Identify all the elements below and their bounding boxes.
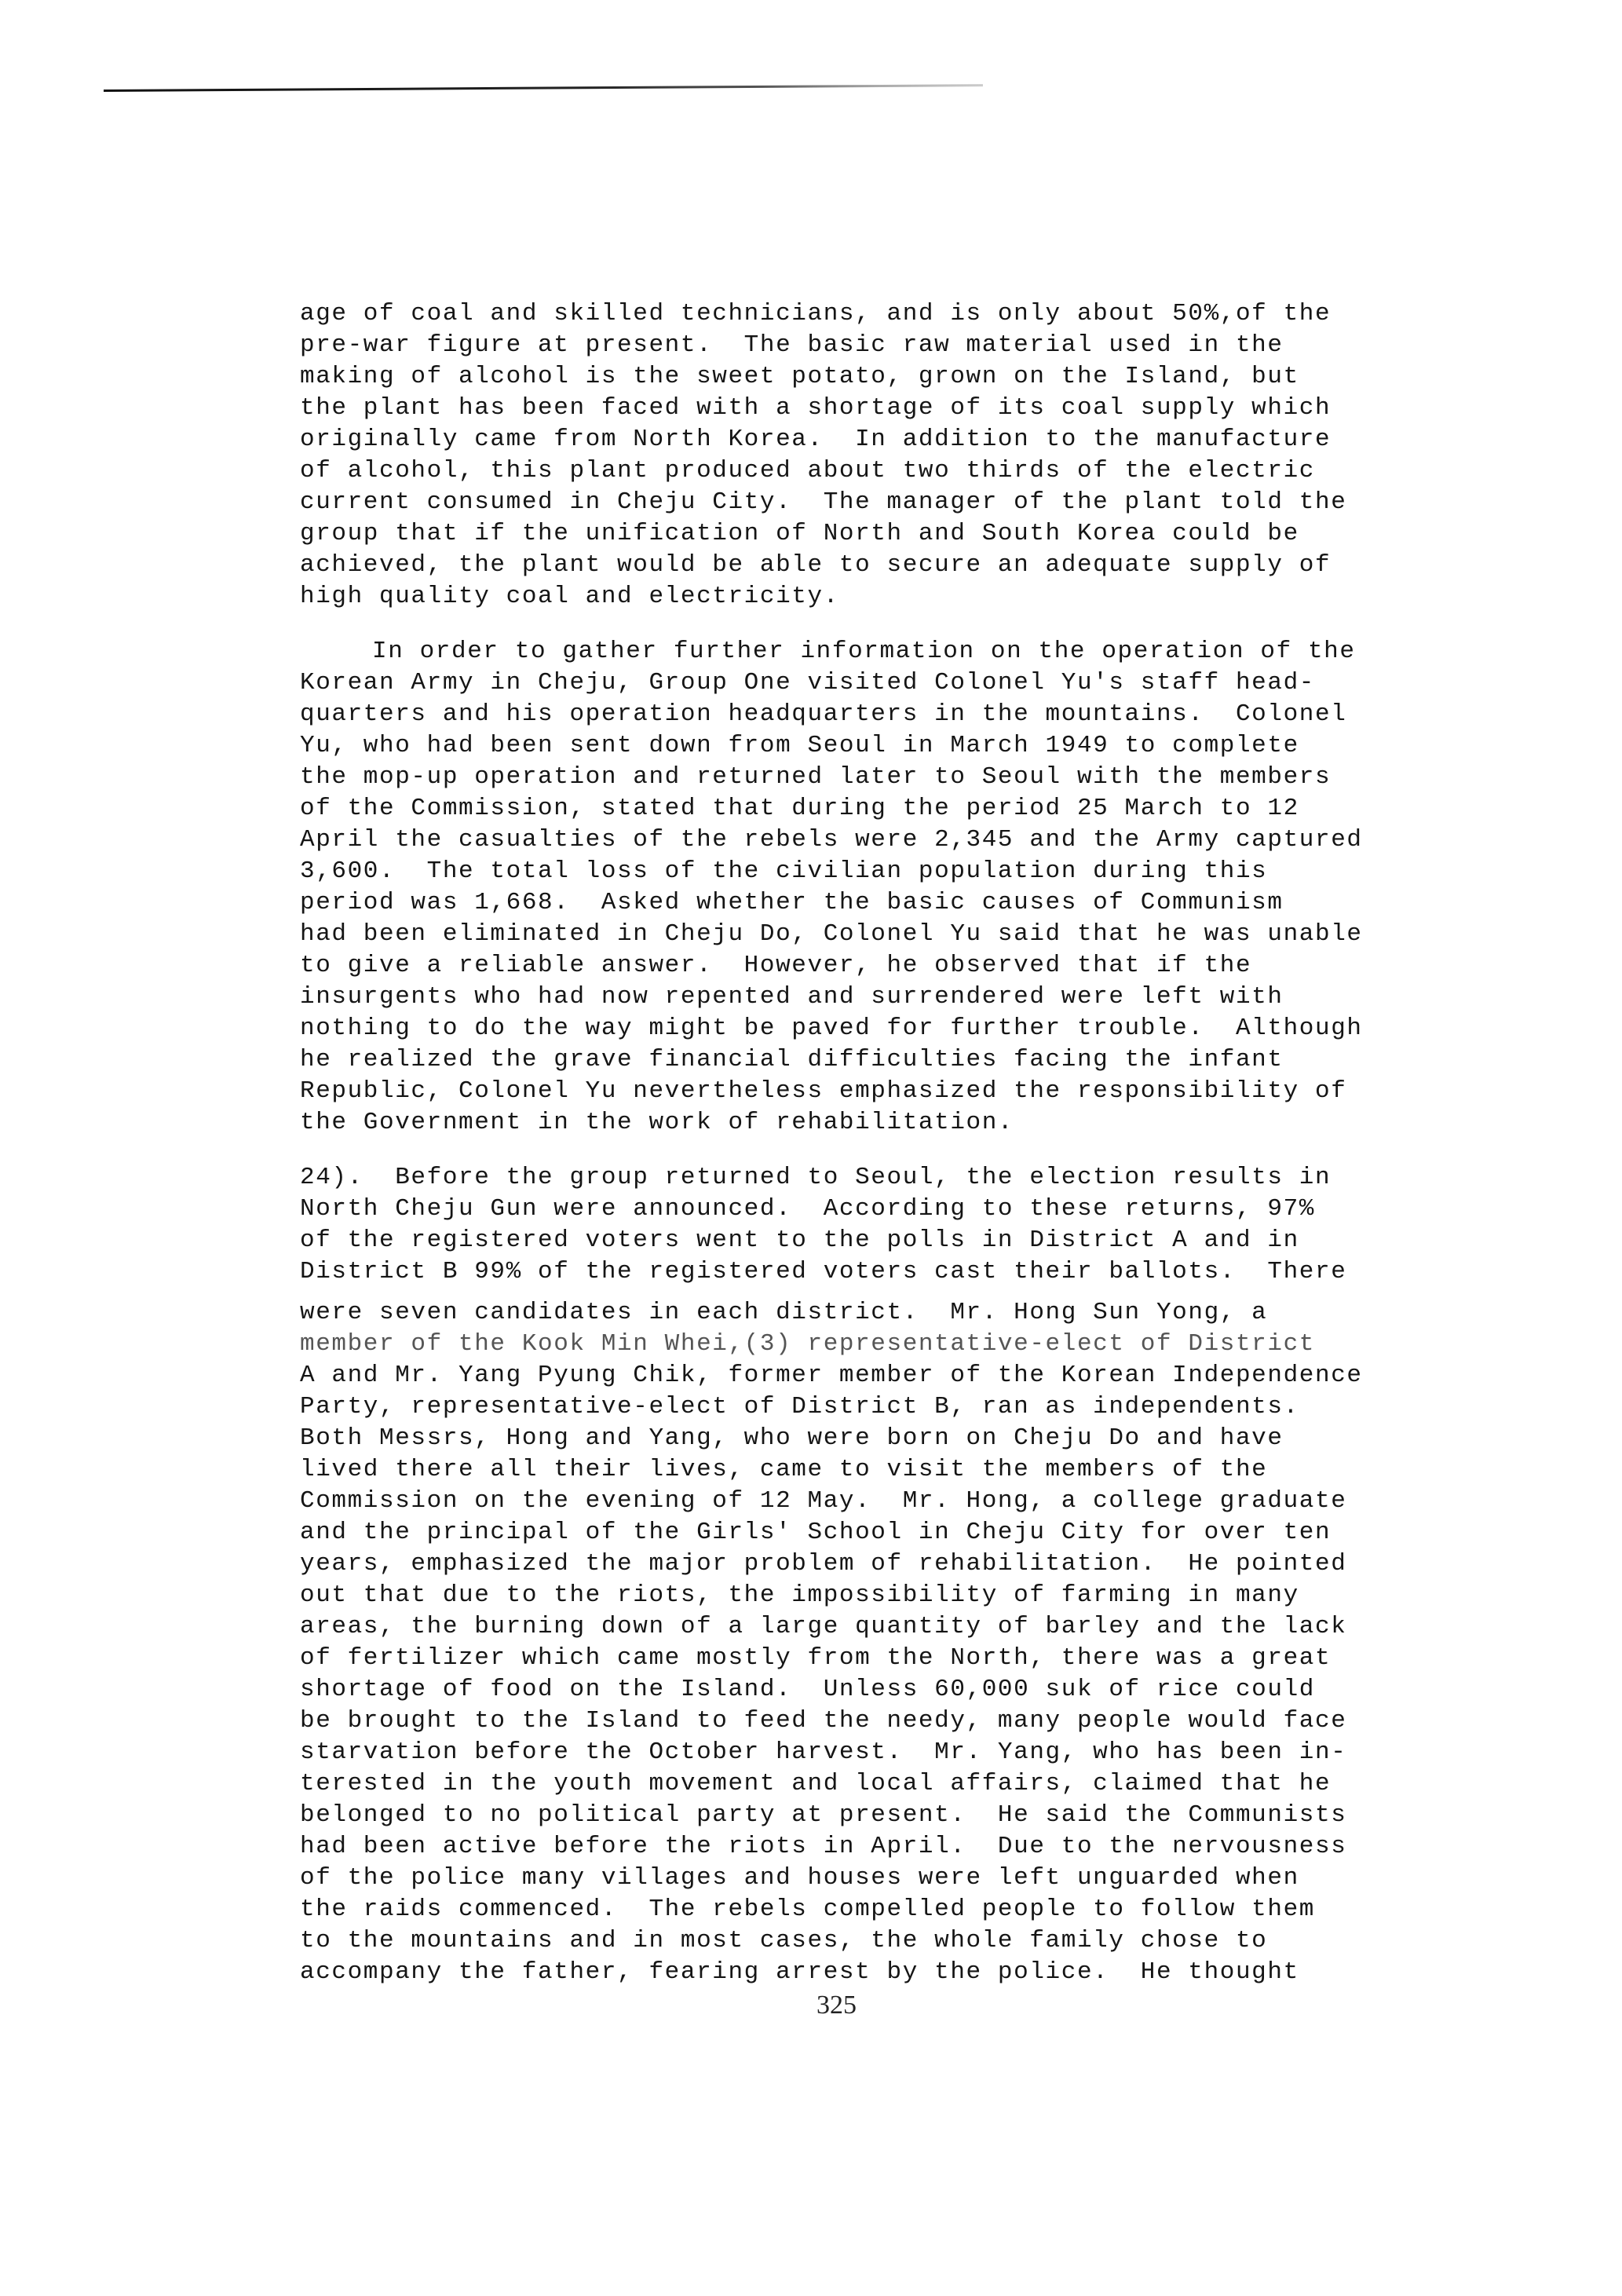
text-line: insurgents who had now repented and surr… [300, 982, 1321, 1013]
text-line: age of coal and skilled technicians, and… [300, 298, 1321, 330]
text-line: of the police many villages and houses w… [300, 1863, 1321, 1894]
text-line: to give a reliable answer. However, he o… [300, 950, 1321, 982]
text-line: accompany the father, fearing arrest by … [300, 1957, 1321, 1988]
text-line: 24). Before the group returned to Seoul,… [300, 1162, 1321, 1194]
text-line: Korean Army in Cheju, Group One visited … [300, 667, 1321, 699]
text-line: Party, representative-elect of District … [300, 1391, 1321, 1423]
body-text: age of coal and skilled technicians, and… [300, 298, 1321, 1988]
text-line: member of the Kook Min Whei,(3) represen… [300, 1329, 1321, 1360]
text-line: he realized the grave financial difficul… [300, 1044, 1321, 1076]
text-line: North Cheju Gun were announced. Accordin… [300, 1194, 1321, 1225]
text-line: Commission on the evening of 12 May. Mr.… [300, 1486, 1321, 1517]
text-line: starvation before the October harvest. M… [300, 1737, 1321, 1768]
text-line: the Government in the work of rehabilita… [300, 1107, 1321, 1139]
text-line: A and Mr. Yang Pyung Chik, former member… [300, 1360, 1321, 1391]
paragraph-1: age of coal and skilled technicians, and… [300, 298, 1321, 612]
text-line: lived there all their lives, came to vis… [300, 1454, 1321, 1486]
page-number: 325 [816, 1991, 857, 2020]
text-line: making of alcohol is the sweet potato, g… [300, 361, 1321, 393]
paragraph-2: In order to gather further information o… [300, 636, 1321, 1139]
text-line: the raids commenced. The rebels compelle… [300, 1894, 1321, 1925]
text-line: District B 99% of the registered voters … [300, 1256, 1321, 1288]
text-line: the mop-up operation and returned later … [300, 762, 1321, 793]
text-line: and the principal of the Girls' School i… [300, 1517, 1321, 1548]
text-line: of the registered voters went to the pol… [300, 1225, 1321, 1256]
text-line: period was 1,668. Asked whether the basi… [300, 887, 1321, 919]
paragraph-3: 24). Before the group returned to Seoul,… [300, 1162, 1321, 1988]
text-line: Republic, Colonel Yu nevertheless emphas… [300, 1076, 1321, 1107]
text-line: achieved, the plant would be able to sec… [300, 550, 1321, 581]
document-page: age of coal and skilled technicians, and… [0, 0, 1622, 2296]
header-rule [104, 84, 983, 92]
text-line: the plant has been faced with a shortage… [300, 393, 1321, 424]
text-line: out that due to the riots, the impossibi… [300, 1580, 1321, 1611]
text-line: years, emphasized the major problem of r… [300, 1548, 1321, 1580]
text-line: to the mountains and in most cases, the … [300, 1925, 1321, 1957]
text-line: April the casualties of the rebels were … [300, 824, 1321, 856]
text-line: high quality coal and electricity. [300, 581, 1321, 612]
text-line: had been eliminated in Cheju Do, Colonel… [300, 919, 1321, 950]
text-line: current consumed in Cheju City. The mana… [300, 487, 1321, 518]
text-line: quarters and his operation headquarters … [300, 699, 1321, 730]
text-line: of the Commission, stated that during th… [300, 793, 1321, 824]
text-line: originally came from North Korea. In add… [300, 424, 1321, 455]
text-line: In order to gather further information o… [300, 636, 1321, 667]
text-line: of fertilizer which came mostly from the… [300, 1643, 1321, 1674]
text-line: shortage of food on the Island. Unless 6… [300, 1674, 1321, 1706]
text-line: 3,600. The total loss of the civilian po… [300, 856, 1321, 887]
text-line: be brought to the Island to feed the nee… [300, 1706, 1321, 1737]
text-line: Both Messrs, Hong and Yang, who were bor… [300, 1423, 1321, 1454]
text-line: had been active before the riots in Apri… [300, 1831, 1321, 1863]
text-line: were seven candidates in each district. … [300, 1297, 1321, 1329]
text-line: areas, the burning down of a large quant… [300, 1611, 1321, 1643]
text-line: group that if the unification of North a… [300, 518, 1321, 550]
text-line: pre-war figure at present. The basic raw… [300, 330, 1321, 361]
text-line: terested in the youth movement and local… [300, 1768, 1321, 1800]
text-line: Yu, who had been sent down from Seoul in… [300, 730, 1321, 762]
text-line: belonged to no political party at presen… [300, 1800, 1321, 1831]
text-line: of alcohol, this plant produced about tw… [300, 455, 1321, 487]
text-line: nothing to do the way might be paved for… [300, 1013, 1321, 1044]
